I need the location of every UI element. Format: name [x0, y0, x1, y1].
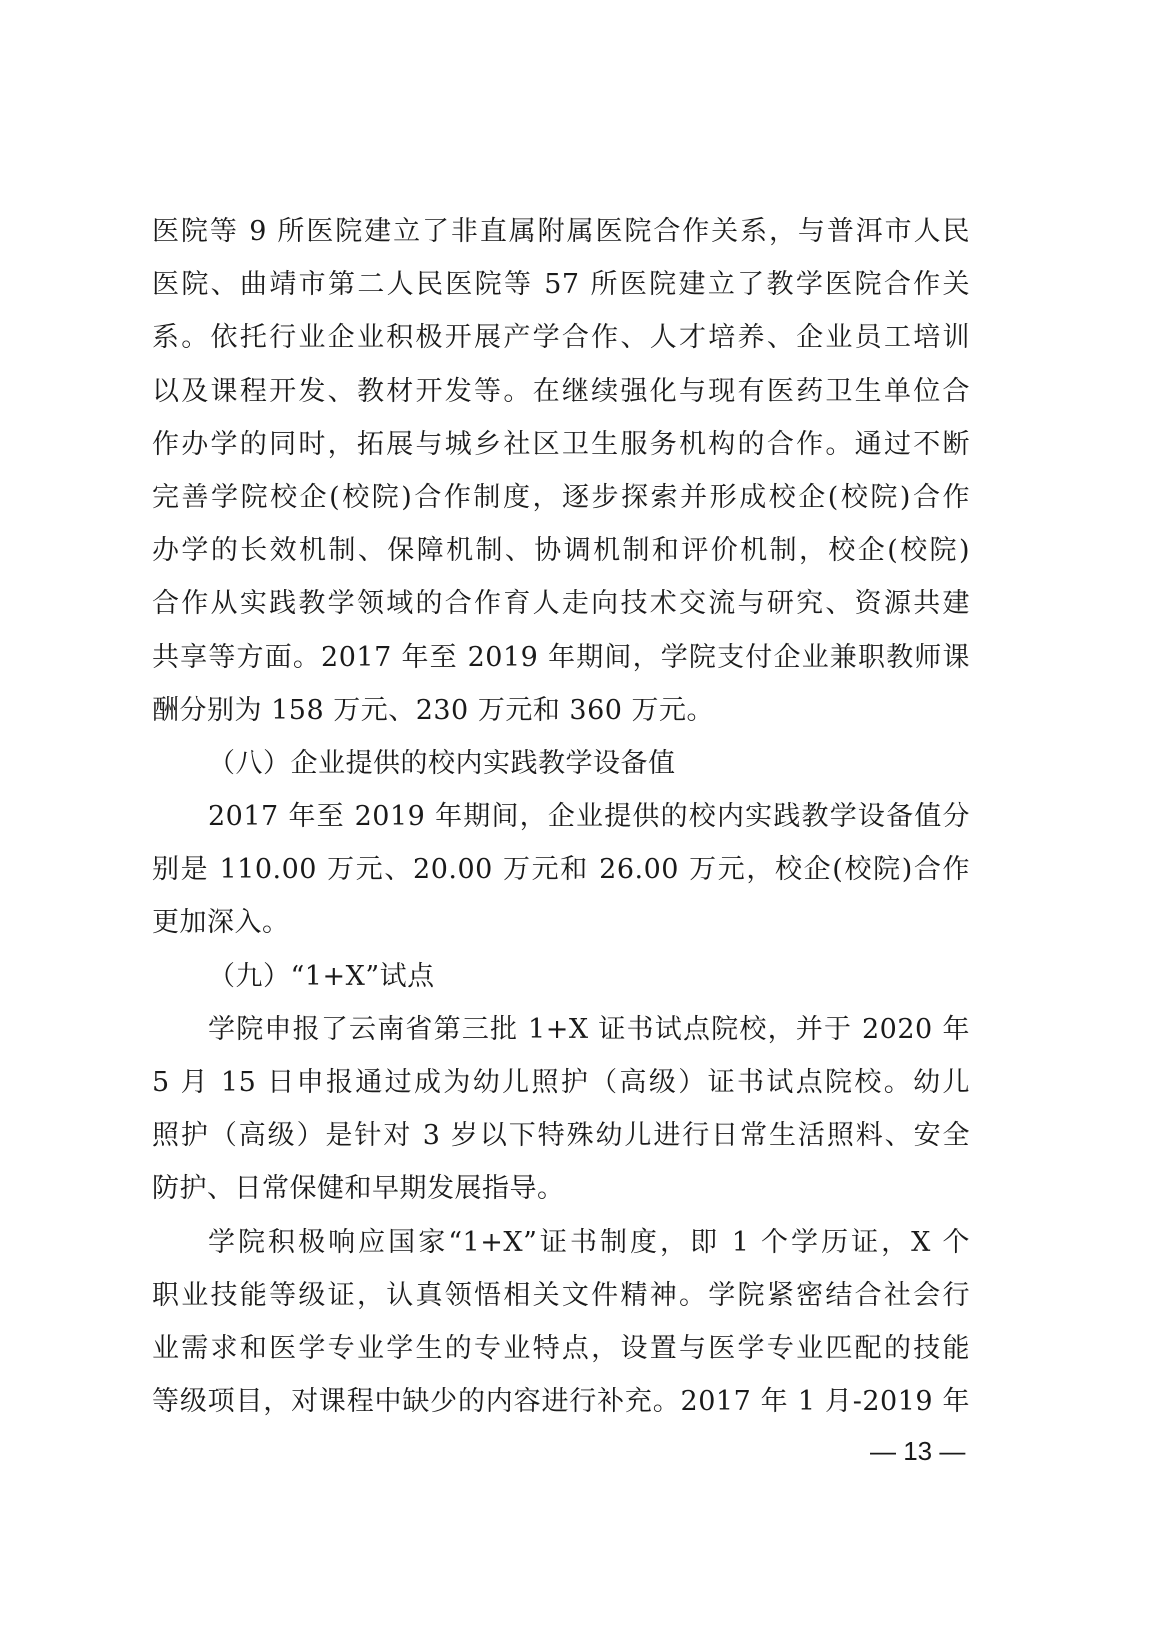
paragraph-line: 防护、日常保健和早期发展指导。: [152, 1162, 970, 1215]
paragraph-line: 学院申报了云南省第三批 1+X 证书试点院校，并于 2020 年: [152, 1003, 970, 1056]
paragraph-line: 共享等方面。2017 年至 2019 年期间，学院支付企业兼职教师课: [152, 631, 970, 684]
paragraph-line: 2017 年至 2019 年期间，企业提供的校内实践教学设备值分: [152, 790, 970, 843]
body-text: 医院等 9 所医院建立了非直属附属医院合作关系，与普洱市人民 医院、曲靖市第二人…: [152, 205, 970, 1428]
paragraph-line: 职业技能等级证，认真领悟相关文件精神。学院紧密结合社会行: [152, 1269, 970, 1322]
paragraph-line: 5 月 15 日申报通过成为幼儿照护（高级）证书试点院校。幼儿: [152, 1056, 970, 1109]
page-number: — 13 —: [870, 1436, 965, 1467]
paragraph-line: 更加深入。: [152, 896, 970, 949]
paragraph-line: 学院积极响应国家“1+X”证书制度，即 1 个学历证，X 个: [152, 1216, 970, 1269]
paragraph-line: 酬分别为 158 万元、230 万元和 360 万元。: [152, 684, 970, 737]
section-heading-9: （九）“1+X”试点: [152, 950, 970, 1003]
paragraph-line: 系。依托行业企业积极开展产学合作、人才培养、企业员工培训: [152, 311, 970, 364]
paragraph-line: 照护（高级）是针对 3 岁以下特殊幼儿进行日常生活照料、安全: [152, 1109, 970, 1162]
section-heading-8: （八）企业提供的校内实践教学设备值: [152, 737, 970, 790]
paragraph-line: 等级项目，对课程中缺少的内容进行补充。2017 年 1 月-2019 年: [152, 1375, 970, 1428]
document-page: 医院等 9 所医院建立了非直属附属医院合作关系，与普洱市人民 医院、曲靖市第二人…: [0, 0, 1150, 1626]
paragraph-line: 作办学的同时，拓展与城乡社区卫生服务机构的合作。通过不断: [152, 418, 970, 471]
paragraph-line: 办学的长效机制、保障机制、协调机制和评价机制，校企(校院): [152, 524, 970, 577]
paragraph-line: 合作从实践教学领域的合作育人走向技术交流与研究、资源共建: [152, 577, 970, 630]
paragraph-line: 医院等 9 所医院建立了非直属附属医院合作关系，与普洱市人民: [152, 205, 970, 258]
paragraph-line: 完善学院校企(校院)合作制度，逐步探索并形成校企(校院)合作: [152, 471, 970, 524]
paragraph-line: 业需求和医学专业学生的专业特点，设置与医学专业匹配的技能: [152, 1322, 970, 1375]
paragraph-line: 别是 110.00 万元、20.00 万元和 26.00 万元，校企(校院)合作: [152, 843, 970, 896]
paragraph-line: 以及课程开发、教材开发等。在继续强化与现有医药卫生单位合: [152, 365, 970, 418]
paragraph-line: 医院、曲靖市第二人民医院等 57 所医院建立了教学医院合作关: [152, 258, 970, 311]
